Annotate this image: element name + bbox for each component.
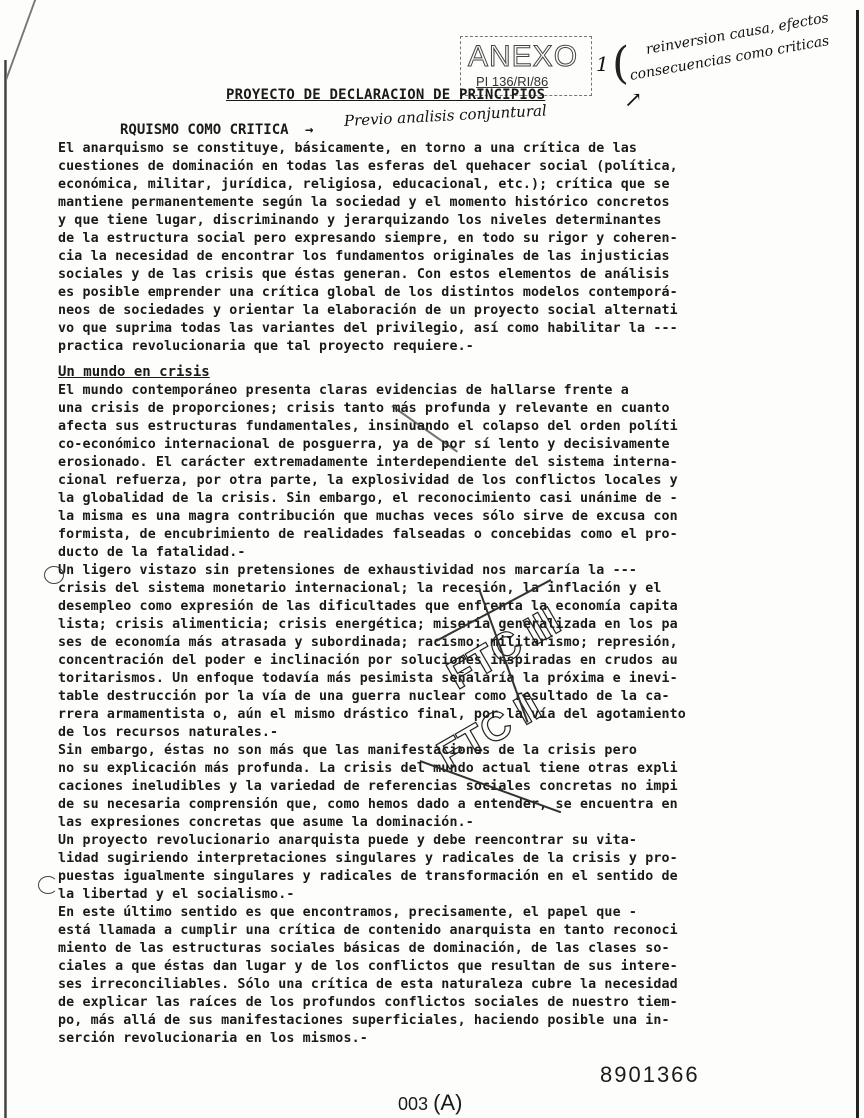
handwritten-title-note: Previo analisis conjuntural <box>344 101 548 130</box>
text-line: co-económico internacional de posguerra,… <box>58 436 670 454</box>
arrow-right-icon: → <box>305 122 313 138</box>
text-line: practica revolucionaria que tal proyecto… <box>58 338 474 356</box>
text-line: erosionado. El carácter extremadamente i… <box>58 454 678 472</box>
text-line: una crisis de proporciones; crisis tanto… <box>58 400 670 418</box>
text-line: toritarismos. Un enfoque todavía más pes… <box>58 670 678 688</box>
text-line: po, más allá de sus manifestaciones supe… <box>58 1012 670 1030</box>
scanned-document-page: ANEXO 1 PI 136/RI/86 ( reinversion causa… <box>0 0 864 1118</box>
page-right-border <box>856 10 859 1118</box>
text-line: rrera armamentista o, aún el mismo drást… <box>58 706 686 724</box>
text-line: El anarquismo se constituye, básicamente… <box>58 140 637 158</box>
text-line: de explicar las raíces de los profundos … <box>58 994 678 1012</box>
text-line: table destrucción por la vía de una guer… <box>58 688 670 706</box>
text-line: Sin embargo, éstas no son más que las ma… <box>58 742 637 760</box>
text-line: de los recursos naturales.- <box>58 724 278 742</box>
text-line: ses irreconciliables. Sólo una crítica d… <box>58 976 678 994</box>
text-line: El mundo contemporáneo presenta claras e… <box>58 382 629 400</box>
text-line: formista, de encubrimiento de realidades… <box>58 526 678 544</box>
text-line: neos de sociedades y orientar la elabora… <box>58 302 678 320</box>
text-line: puestas igualmente singulares y radicale… <box>58 868 678 886</box>
text-line: es posible emprender una crítica global … <box>58 284 678 302</box>
text-line: lista; crisis alimenticia; crisis energé… <box>58 616 678 634</box>
text-line: está llamada a cumplir una crítica de co… <box>58 922 678 940</box>
text-line: crisis del sistema monetario internacion… <box>58 580 662 598</box>
text-line: mantiene permanentemente según la socied… <box>58 194 670 212</box>
text-line: de la estructura social pero expresando … <box>58 230 678 248</box>
text-line: ses de economía más atrasada y subordina… <box>58 634 678 652</box>
text-line: lidad sugiriendo interpretaciones singul… <box>58 850 678 868</box>
margin-circle-mark <box>38 876 58 894</box>
text-line: la misma es una magra contribución que m… <box>58 508 678 526</box>
text-line: vo que suprima todas las variantes del p… <box>58 320 678 338</box>
anexo-stamp-label: ANEXO <box>468 40 578 73</box>
section-heading-text: RQUISMO COMO CRITICA <box>120 122 289 138</box>
text-line: ciales a que éstas dan lugar y de los co… <box>58 958 678 976</box>
anexo-stamp: ANEXO <box>468 40 578 74</box>
text-line: caciones ineludibles y la variedad de re… <box>58 778 678 796</box>
text-line: afecta sus estructuras fundamentales, in… <box>58 418 678 436</box>
anexo-number: 1 <box>596 52 609 76</box>
handwritten-arrow-up-icon: ↗ <box>624 88 642 113</box>
text-line: sociales y de las crisis que éstas gener… <box>58 266 670 284</box>
text-line: no su explicación más profunda. La crisi… <box>58 760 678 778</box>
text-line: En este último sentido es que encontramo… <box>58 904 637 922</box>
section-heading-mundo-en-crisis: Un mundo en crisis <box>58 364 210 380</box>
page-left-border <box>4 60 7 1118</box>
handwritten-bracket: ( <box>612 38 629 89</box>
text-line: la libertad y el socialismo.- <box>58 886 295 904</box>
text-line: cuestiones de dominación en todas las es… <box>58 158 678 176</box>
document-title: PROYECTO DE DECLARACION DE PRINCIPIOS <box>226 87 545 103</box>
text-line: ducto de la fatalidad.- <box>58 544 246 562</box>
text-line: Un proyecto revolucionario anarquista pu… <box>58 832 637 850</box>
text-line: y que tiene lugar, discriminando y jerar… <box>58 212 662 230</box>
text-line: las expresiones concretas que asume la d… <box>58 814 474 832</box>
text-line: cia la necesidad de encontrar los fundam… <box>58 248 670 266</box>
text-line: concentración del poder e inclinación po… <box>58 652 678 670</box>
text-line: Un ligero vistazo sin pretensiones de ex… <box>58 562 637 580</box>
text-line: cional refuerza, por otra parte, la expl… <box>58 472 678 490</box>
page-edge-diagonal <box>5 0 36 80</box>
section-heading-critica: RQUISMO COMO CRITICA → <box>120 122 313 138</box>
page-code-number: 003 <box>398 1094 428 1114</box>
margin-circle-mark <box>44 566 64 584</box>
text-line: económica, militar, jurídica, religiosa,… <box>58 176 670 194</box>
text-line: serción revolucionaria en los mismos.- <box>58 1030 368 1048</box>
text-line: de su necesaria comprensión que, como he… <box>58 796 678 814</box>
page-code-suffix: (A) <box>433 1090 462 1115</box>
text-line: la globalidad de la crisis. Sin embargo,… <box>58 490 678 508</box>
page-code: 003 (A) <box>398 1090 462 1116</box>
text-line: miento de las estructuras sociales básic… <box>58 940 670 958</box>
text-line: desempleo como expresión de las dificult… <box>58 598 678 616</box>
document-number: 8901366 <box>600 1062 700 1088</box>
